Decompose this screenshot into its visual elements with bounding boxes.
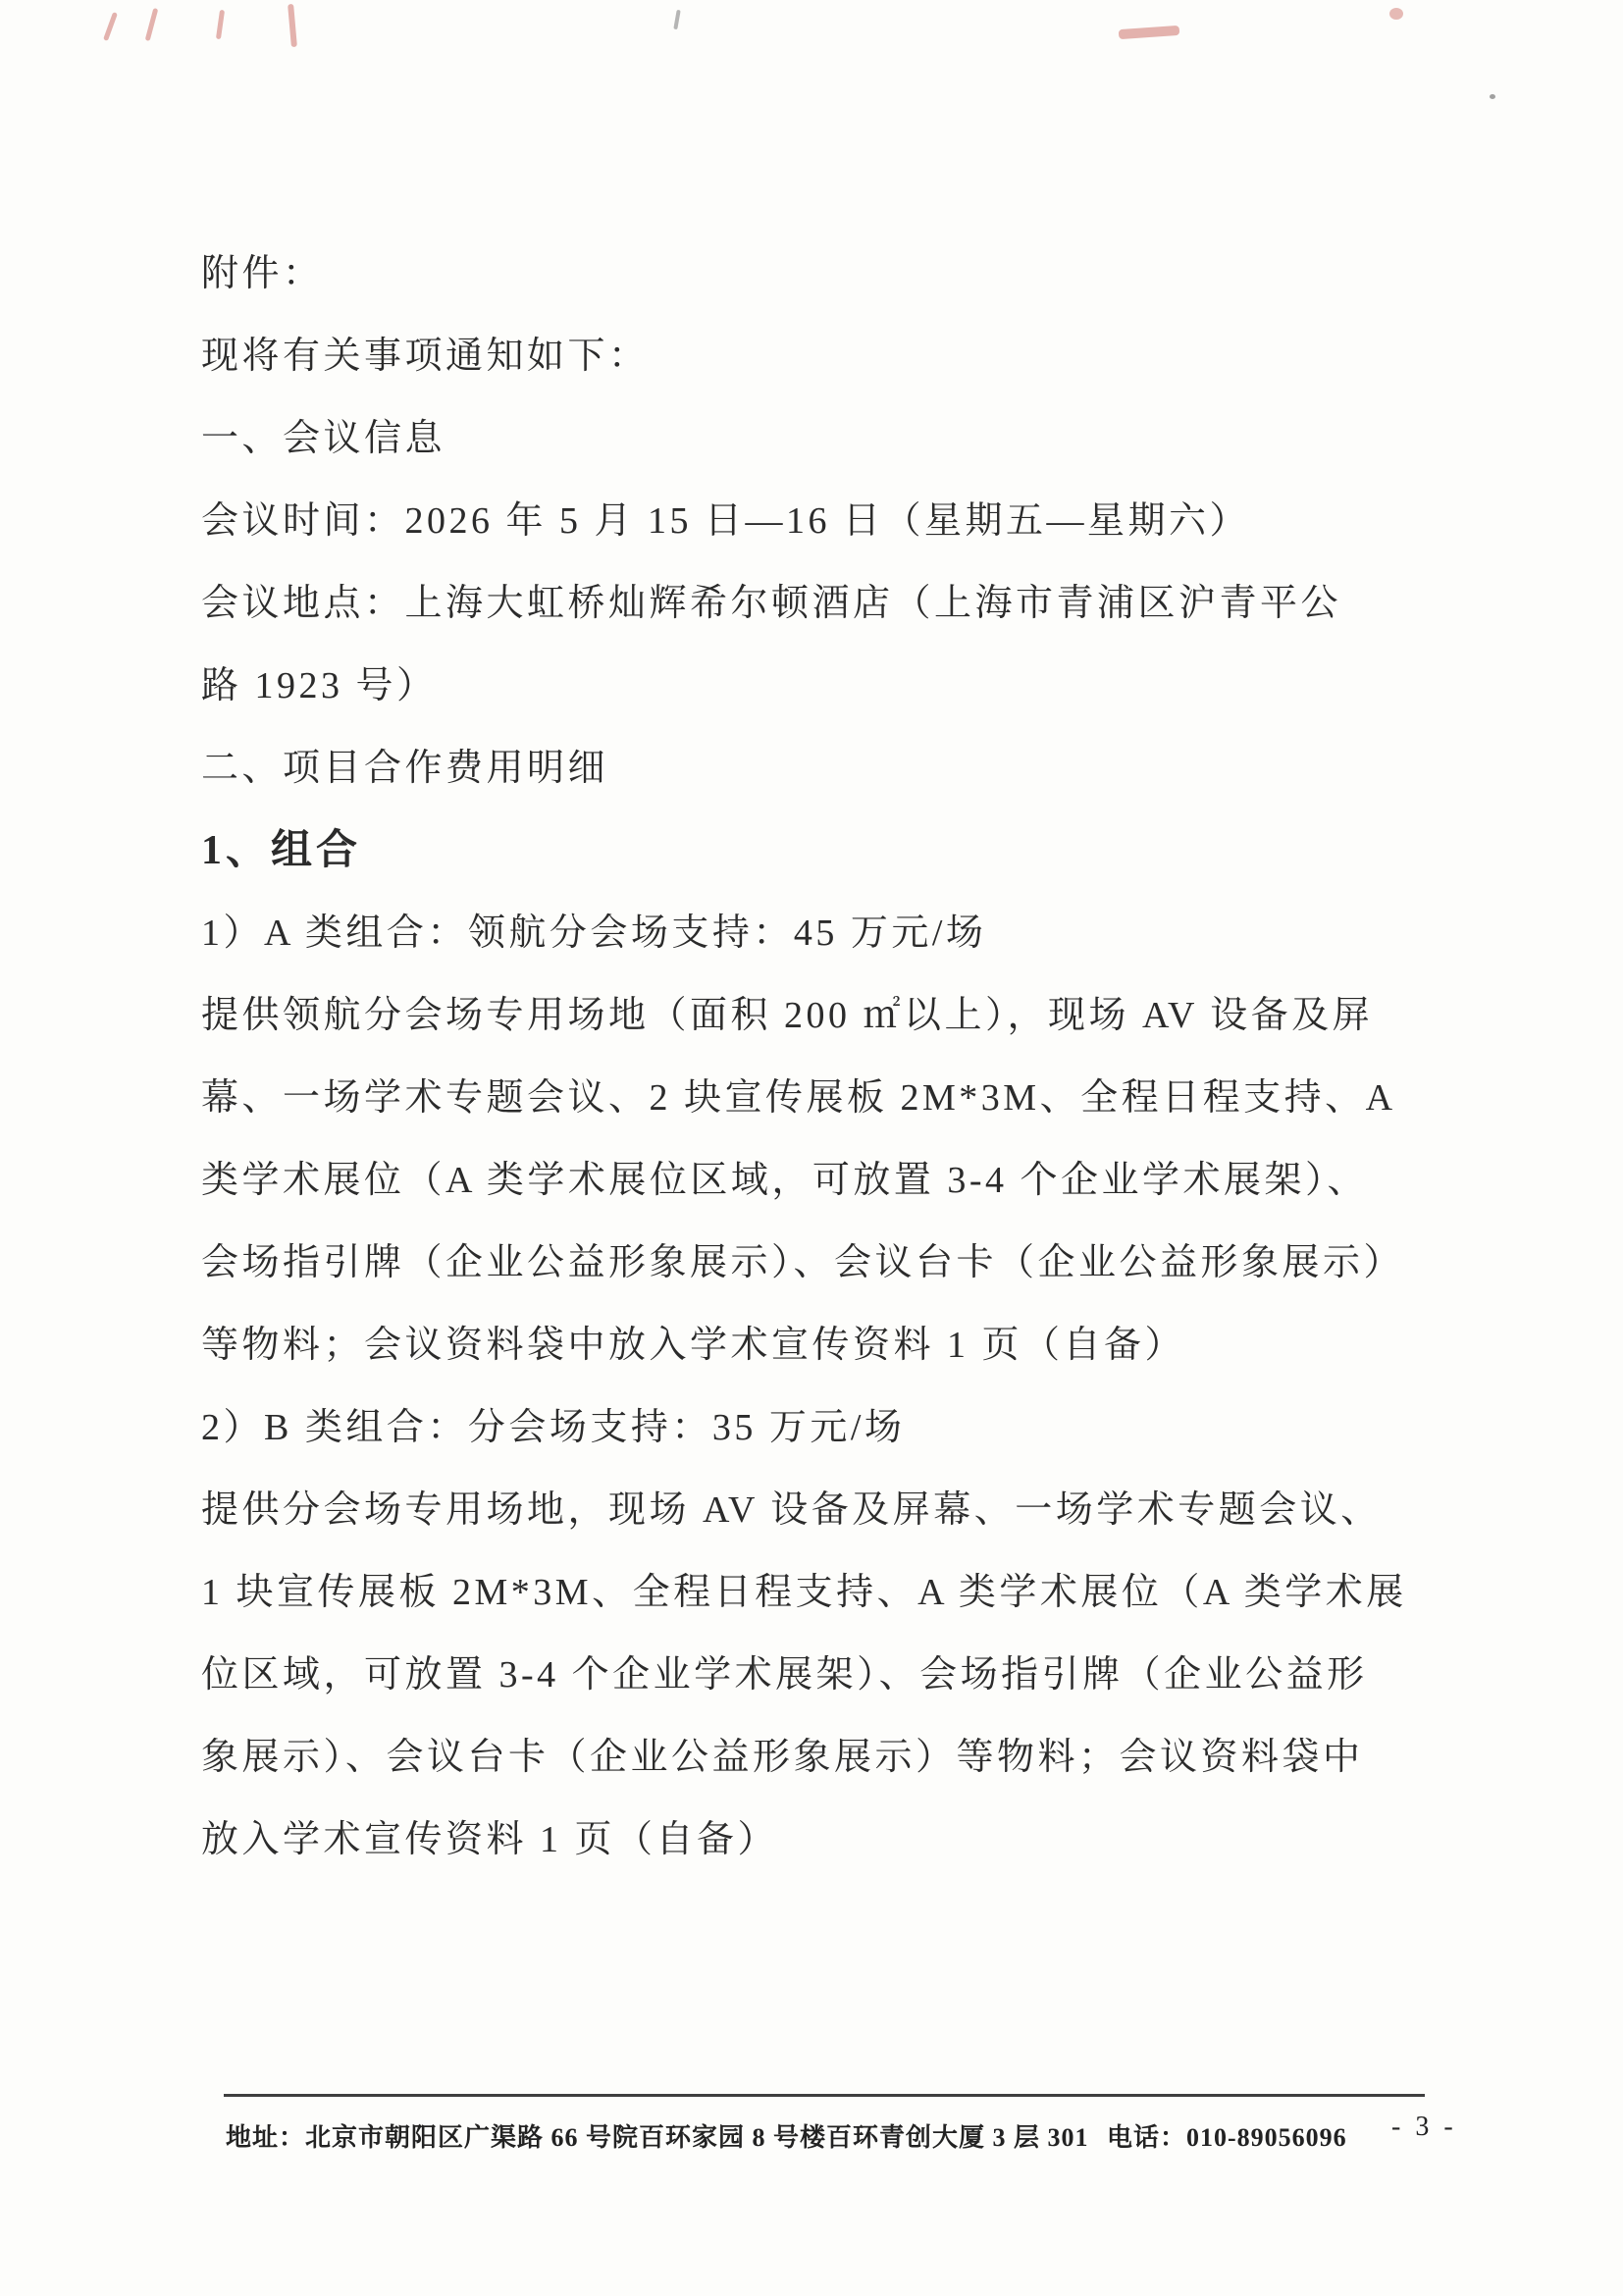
combo-a-line: 会场指引牌（企业公益形象展示）、会议台卡（企业公益形象展示） [201, 1222, 1428, 1304]
pen-mark [145, 8, 159, 41]
footer-phone: 电话：010-89056096 [1107, 2117, 1347, 2154]
document-body: 附件： 现将有关事项通知如下： 一、会议信息 会议时间：2026 年 5 月 1… [201, 233, 1428, 1881]
combo-b-line: 象展示）、会议台卡（企业公益形象展示）等物料；会议资料袋中 [201, 1716, 1428, 1799]
pen-mark [1119, 26, 1180, 39]
combo-b-line: 放入学术宣传资料 1 页（自备） [201, 1799, 1428, 1881]
scan-dot [1490, 94, 1495, 99]
combo-b-line: 位区域，可放置 3-4 个企业学术展架）、会场指引牌（企业公益形 [201, 1634, 1428, 1716]
combo-b-title: 2）B 类组合：分会场支持：35 万元/场 [201, 1386, 1428, 1469]
scan-smudge [673, 10, 680, 29]
combo-b-line: 1 块宣传展板 2M*3M、全程日程支持、A 类学术展位（A 类学术展 [201, 1551, 1428, 1634]
attachment-label: 附件： [201, 233, 1428, 315]
footer-divider [224, 2094, 1425, 2097]
combo-a-line: 提供领航分会场专用场地（面积 200 ㎡以上），现场 AV 设备及屏 [201, 974, 1428, 1057]
intro-line: 现将有关事项通知如下： [201, 315, 1428, 397]
meeting-location-line-1: 会议地点：上海大虹桥灿辉希尔顿酒店（上海市青浦区沪青平公 [201, 562, 1428, 645]
pen-mark [1389, 8, 1403, 20]
pen-mark [216, 10, 225, 39]
section-heading-meeting-info: 一、会议信息 [201, 397, 1428, 480]
combo-a-line: 等物料；会议资料袋中放入学术宣传资料 1 页（自备） [201, 1304, 1428, 1386]
section-heading-cost-details: 二、项目合作费用明细 [201, 727, 1428, 809]
page-number: - 3 - [1391, 2112, 1457, 2143]
pen-mark [103, 12, 118, 41]
pen-mark [288, 4, 297, 47]
combo-a-title: 1）A 类组合：领航分会场支持：45 万元/场 [201, 892, 1428, 974]
scanned-document-page: 附件： 现将有关事项通知如下： 一、会议信息 会议时间：2026 年 5 月 1… [0, 0, 1623, 2296]
combo-a-line: 类学术展位（A 类学术展位区域，可放置 3-4 个企业学术展架）、 [201, 1139, 1428, 1222]
footer-address: 地址：北京市朝阳区广渠路 66 号院百环家园 8 号楼百环青创大厦 3 层 30… [226, 2117, 1089, 2154]
combo-b-line: 提供分会场专用场地，现场 AV 设备及屏幕、一场学术专题会议、 [201, 1469, 1428, 1551]
meeting-location-line-2: 路 1923 号） [201, 645, 1428, 727]
subsection-heading-combo: 1、组合 [201, 809, 1428, 892]
combo-a-line: 幕、一场学术专题会议、2 块宣传展板 2M*3M、全程日程支持、A [201, 1057, 1428, 1139]
meeting-time-line: 会议时间：2026 年 5 月 15 日—16 日（星期五—星期六） [201, 480, 1428, 562]
